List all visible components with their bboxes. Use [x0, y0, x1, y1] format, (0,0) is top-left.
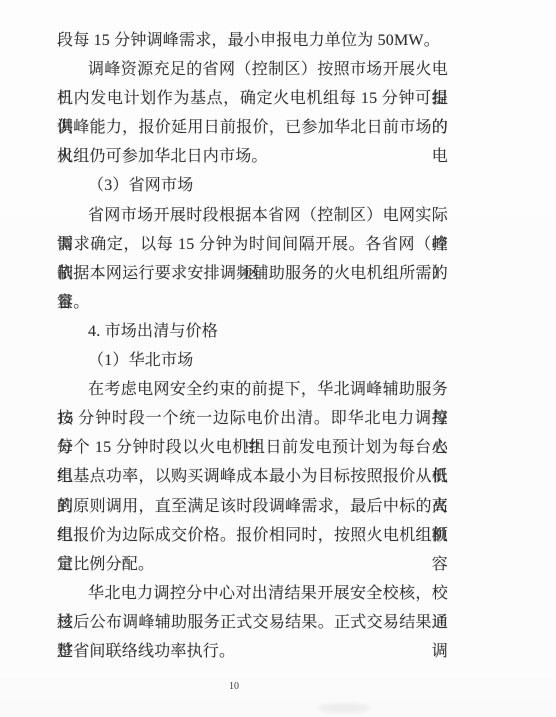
document-page: 段每 15 分钟调峰需求，最小申报电力单位为 50MW。调峰资源充足的省网（控制…: [0, 0, 556, 717]
scan-smudge: [318, 703, 370, 713]
text-line: 调峰资源充足的省网（控制区）按照市场开展火电机组: [57, 55, 448, 84]
text-line: 过后公布调峰辅助服务正式交易结果。正式交易结果通过调: [57, 608, 448, 637]
text-line: 依据本网运行要求安排调频辅助服务的火电机组所需的容: [57, 259, 448, 288]
page-number: 10: [222, 680, 246, 694]
text-line: 在考虑电网安全约束的前提下，华北调峰辅助服务按每: [57, 375, 448, 404]
text-line: 省网市场开展时段根据本省网（控制区）电网实际调峰: [57, 201, 448, 230]
text-line: （1）华北市场: [57, 346, 448, 375]
text-line: 4. 市场出清与价格: [57, 317, 448, 346]
document-body: 段每 15 分钟调峰需求，最小申报电力单位为 50MW。调峰资源充足的省网（控制…: [57, 26, 448, 666]
text-line: 华北电力调控分中心对出清结果开展安全校核，校核通: [57, 579, 448, 608]
text-line: 量。: [57, 288, 448, 317]
text-line: 的原则调用，直至满足该时段调峰需求，最后中标的火电机: [57, 492, 448, 521]
text-line: 组基点功率，以购买调峰成本最小为目标按照报价从低到高: [57, 462, 448, 491]
text-line: 日内发电计划作为基点，确定火电机组每 15 分钟可提供的: [57, 84, 448, 113]
text-line: 15 分钟时段一个统一边际电价出清。即华北电力调控分中心: [57, 404, 448, 433]
text-line: 每个 15 分钟时段以火电机组日前发电预计划为每台火电机: [57, 433, 448, 462]
text-line: （3）省网市场: [57, 171, 448, 200]
text-line: 需求确定，以每 15 分钟为时间间隔开展。各省网（控制区）: [57, 230, 448, 259]
text-line: 组报价为边际成交价格。报价相同时，按照火电机组额定容: [57, 521, 448, 550]
text-line: 调峰能力，报价延用日前报价，已参加华北日前市场的火电: [57, 113, 448, 142]
text-line: 段每 15 分钟调峰需求，最小申报电力单位为 50MW。: [57, 26, 448, 55]
